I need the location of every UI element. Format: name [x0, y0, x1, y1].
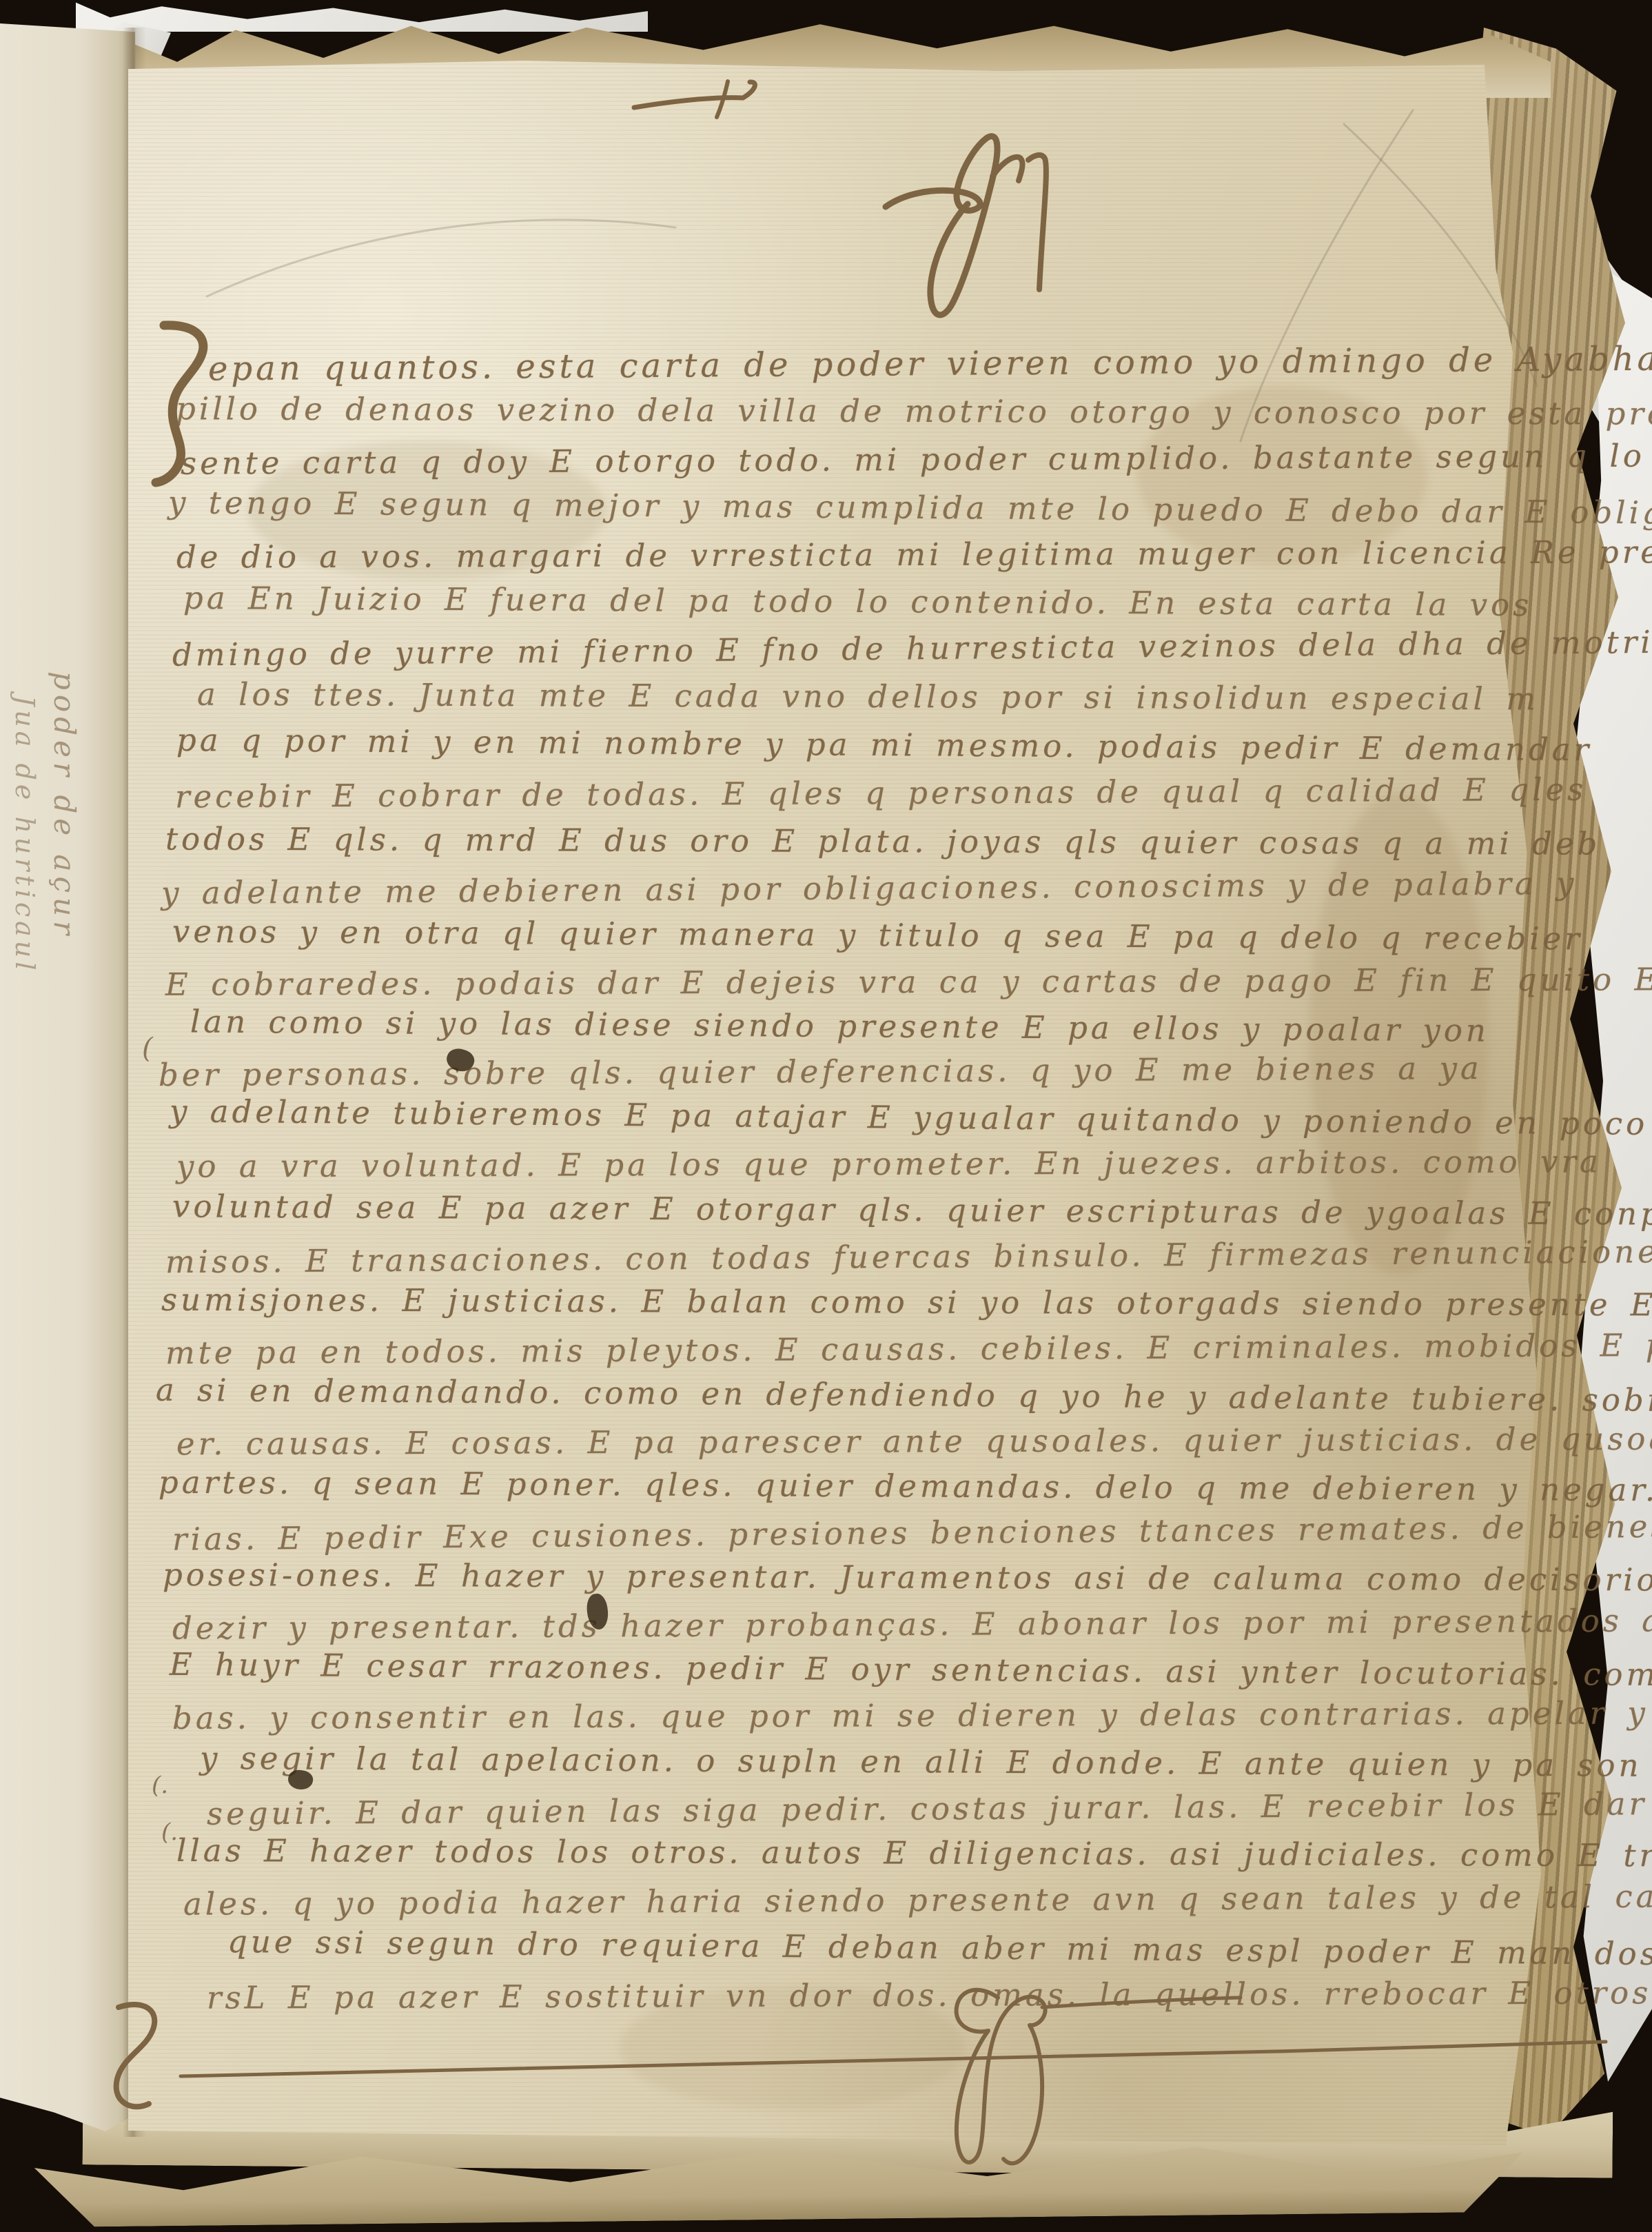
manuscript-photo: poder de açur Jua de hurticaul epan quan…	[0, 0, 1652, 2232]
top-cross-mark	[634, 81, 755, 117]
invocation-flourish	[886, 136, 1046, 315]
initial-letter-S	[156, 325, 203, 483]
closing-rule	[116, 2005, 1606, 2107]
closing-paraph	[957, 1990, 1241, 2164]
ink-flourishes-layer	[0, 0, 1652, 2232]
faint-scratch	[1344, 124, 1537, 386]
faint-scratch	[1241, 110, 1413, 441]
faint-scratch	[207, 220, 675, 296]
